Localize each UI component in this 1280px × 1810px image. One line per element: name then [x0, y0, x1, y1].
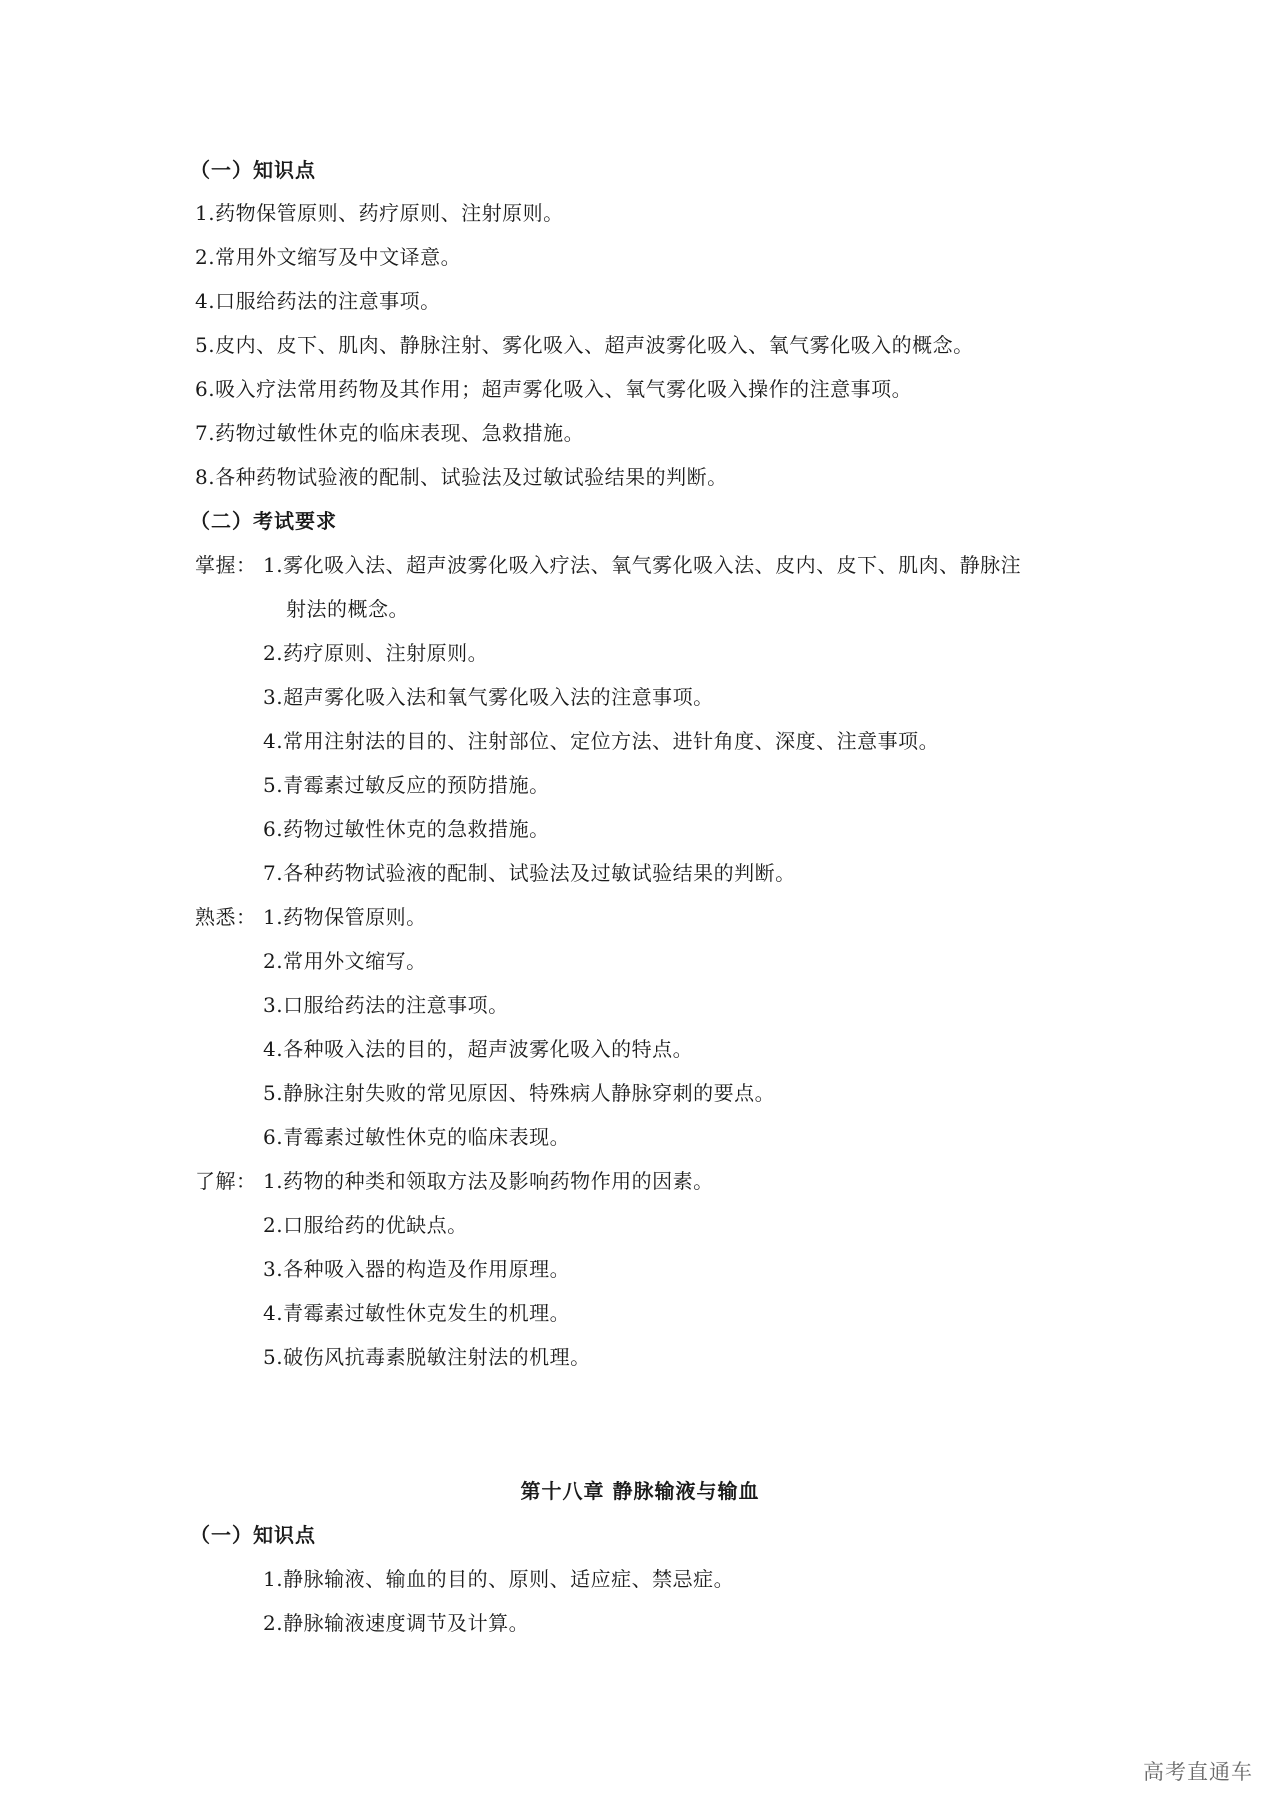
- master-item: 5.青霉素过敏反应的预防措施。: [263, 772, 550, 798]
- familiar-item: 5.静脉注射失败的常见原因、特殊病人静脉穿刺的要点。: [263, 1080, 775, 1106]
- master-label: 掌握：: [195, 552, 263, 578]
- familiar-item: 4.各种吸入法的目的，超声波雾化吸入的特点。: [263, 1036, 693, 1062]
- master-row: 掌握：1.雾化吸入法、超声波雾化吸入疗法、氧气雾化吸入法、皮内、皮下、肌肉、静脉…: [195, 552, 1021, 578]
- master-item: 7.各种药物试验液的配制、试验法及过敏试验结果的判断。: [263, 860, 796, 886]
- familiar-item: 3.口服给药法的注意事项。: [263, 992, 509, 1018]
- knowledge-item: 6.吸入疗法常用药物及其作用；超声雾化吸入、氧气雾化吸入操作的注意事项。: [195, 376, 912, 402]
- knowledge-item: 4.口服给药法的注意事项。: [195, 288, 441, 314]
- master-item: 2.药疗原则、注射原则。: [263, 640, 488, 666]
- chapter18-knowledge-item: 1.静脉输液、输血的目的、原则、适应症、禁忌症。: [263, 1566, 734, 1592]
- understand-item: 3.各种吸入器的构造及作用原理。: [263, 1256, 570, 1282]
- familiar-item: 2.常用外文缩写。: [263, 948, 427, 974]
- understand-label: 了解：: [195, 1168, 263, 1194]
- chapter18-heading-knowledge: （一）知识点: [190, 1522, 316, 1548]
- understand-row: 了解：1.药物的种类和领取方法及影响药物作用的因素。: [195, 1168, 714, 1194]
- watermark-text: 高考直通车: [1143, 1756, 1253, 1786]
- understand-item: 1.药物的种类和领取方法及影响药物作用的因素。: [263, 1169, 714, 1193]
- understand-item: 2.口服给药的优缺点。: [263, 1212, 468, 1238]
- section-heading-exam: （二）考试要求: [190, 508, 337, 534]
- chapter-title: 第十八章 静脉输液与输血: [0, 1478, 1280, 1504]
- section-heading-knowledge: （一）知识点: [190, 157, 316, 183]
- familiar-label: 熟悉：: [195, 904, 263, 930]
- master-item-continuation: 射法的概念。: [286, 596, 409, 622]
- knowledge-item: 7.药物过敏性休克的临床表现、急救措施。: [195, 420, 584, 446]
- document-page: （一）知识点 1.药物保管原则、药疗原则、注射原则。 2.常用外文缩写及中文译意…: [0, 0, 1280, 1810]
- master-item: 3.超声雾化吸入法和氧气雾化吸入法的注意事项。: [263, 684, 714, 710]
- knowledge-item: 2.常用外文缩写及中文译意。: [195, 244, 461, 270]
- familiar-item: 1.药物保管原则。: [263, 905, 427, 929]
- knowledge-item: 5.皮内、皮下、肌肉、静脉注射、雾化吸入、超声波雾化吸入、氧气雾化吸入的概念。: [195, 332, 974, 358]
- understand-item: 4.青霉素过敏性休克发生的机理。: [263, 1300, 570, 1326]
- knowledge-item: 1.药物保管原则、药疗原则、注射原则。: [195, 200, 564, 226]
- familiar-row: 熟悉：1.药物保管原则。: [195, 904, 427, 930]
- chapter18-knowledge-item: 2.静脉输液速度调节及计算。: [263, 1610, 529, 1636]
- knowledge-item: 8.各种药物试验液的配制、试验法及过敏试验结果的判断。: [195, 464, 728, 490]
- master-item: 1.雾化吸入法、超声波雾化吸入疗法、氧气雾化吸入法、皮内、皮下、肌肉、静脉注: [263, 553, 1021, 577]
- understand-item: 5.破伤风抗毒素脱敏注射法的机理。: [263, 1344, 591, 1370]
- familiar-item: 6.青霉素过敏性休克的临床表现。: [263, 1124, 570, 1150]
- master-item: 6.药物过敏性休克的急救措施。: [263, 816, 550, 842]
- master-item: 4.常用注射法的目的、注射部位、定位方法、进针角度、深度、注意事项。: [263, 728, 939, 754]
